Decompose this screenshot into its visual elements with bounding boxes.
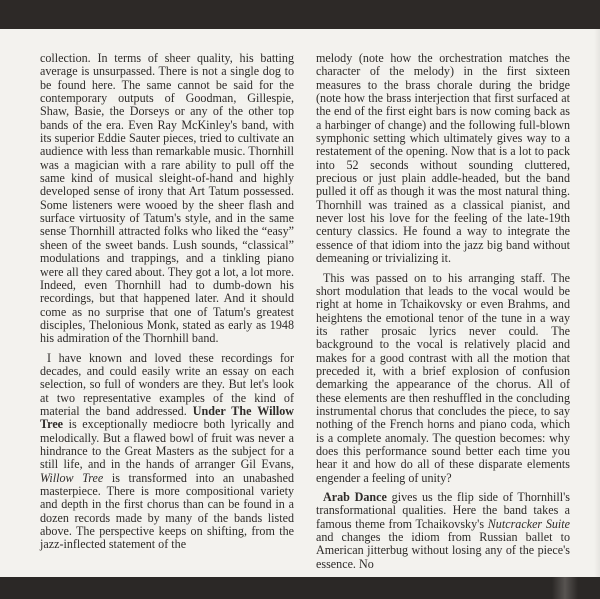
text-segment: and changes the idiom from Russian balle… <box>316 530 570 571</box>
page-edge-shadow <box>594 29 600 577</box>
top-dark-band <box>0 0 600 29</box>
song-title-willow-tree-italic: Willow Tree <box>40 471 103 485</box>
text-segment: is exceptionally mediocre both lyrically… <box>40 417 294 471</box>
bottom-dark-band <box>0 577 600 599</box>
paragraph-melody: melody (note how the orchestration match… <box>316 52 570 266</box>
song-title-arab-dance: Arab Dance <box>323 490 387 504</box>
paragraph-arab-dance: Arab Dance gives us the flip side of Tho… <box>316 491 570 571</box>
paragraph-arranging-staff: This was passed on to his arranging staf… <box>316 272 570 486</box>
paragraph-collection: collection. In terms of sheer quality, h… <box>40 52 294 346</box>
work-title-nutcracker-suite: Nutcracker Suite <box>488 517 570 531</box>
scan-glare <box>552 577 578 599</box>
right-text-column: melody (note how the orchestration match… <box>316 52 570 571</box>
left-text-column: collection. In terms of sheer quality, h… <box>40 52 294 552</box>
paragraph-willow-tree: I have known and loved these recordings … <box>40 352 294 552</box>
